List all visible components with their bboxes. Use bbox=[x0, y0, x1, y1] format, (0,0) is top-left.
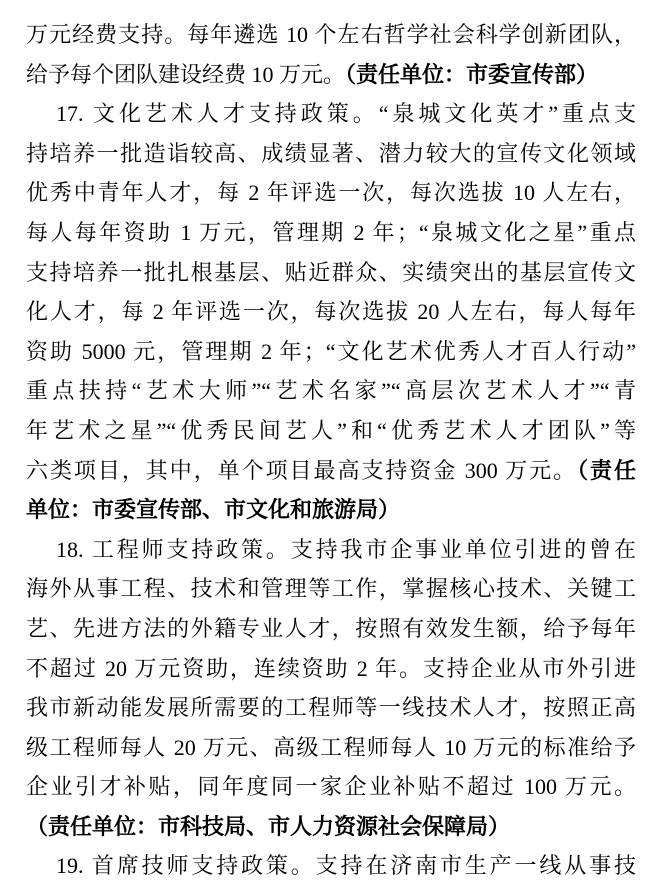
text-segment: 18. 工程师支持政策。支持我市企事业单位引进的曾在 bbox=[56, 537, 636, 562]
text-segment: 不超过 20 万元资助，连续资助 2 年。支持企业从市外引进 bbox=[26, 656, 636, 681]
text-segment: 优秀中青年人才，每 2 年评选一次，每次选拔 10 人左右， bbox=[26, 180, 636, 205]
text-segment: 17. 文化艺术人才支持政策。“泉城文化英才”重点支 bbox=[56, 101, 636, 126]
text-line: 17. 文化艺术人才支持政策。“泉城文化英才”重点支 bbox=[26, 94, 636, 134]
text-segment: 海外从事工程、技术和管理等工作，掌握核心技术、关键工 bbox=[26, 576, 636, 601]
text-segment: 持培养一批造诣较高、成绩显著、潜力较大的宣传文化领域 bbox=[26, 141, 636, 166]
text-segment: 19. 首席技师支持政策。支持在济南市生产一线从事技 bbox=[56, 853, 636, 878]
text-line: 持培养一批造诣较高、成绩显著、潜力较大的宣传文化领域 bbox=[26, 134, 636, 174]
text-line: 艺、先进方法的外籍专业人才，按照有效发生额，给予每年 bbox=[26, 609, 636, 649]
text-segment: 艺、先进方法的外籍专业人才，按照有效发生额，给予每年 bbox=[26, 616, 636, 641]
text-segment: 我市新动能发展所需要的工程师等一线技术人才，按照正高 bbox=[26, 695, 636, 720]
text-line: 六类项目，其中，单个项目最高支持资金 300 万元。（责任 bbox=[26, 451, 636, 491]
responsible-unit-text: （责任 bbox=[577, 458, 636, 483]
text-segment: 支持培养一批扎根基层、贴近群众、实绩突出的基层宣传文 bbox=[26, 260, 636, 285]
text-segment: 每人每年资助 1 万元，管理期 2 年；“泉城文化之星”重点 bbox=[26, 220, 636, 245]
text-segment: 年艺术之星”“优秀民间艺人”和“优秀艺术人才团队”等 bbox=[26, 418, 636, 443]
text-line: 重点扶持“艺术大师”“艺术名家”“高层次艺术人才”“青 bbox=[26, 371, 636, 411]
text-line: 海外从事工程、技术和管理等工作，掌握核心技术、关键工 bbox=[26, 569, 636, 609]
text-segment: 给予每个团队建设经费 10 万元。 bbox=[26, 62, 345, 87]
document-page: 万元经费支持。每年遴选 10 个左右哲学社会科学创新团队，给予每个团队建设经费 … bbox=[0, 0, 649, 894]
text-line: 每人每年资助 1 万元，管理期 2 年；“泉城文化之星”重点 bbox=[26, 213, 636, 253]
text-line: 单位：市委宣传部、市文化和旅游局） bbox=[26, 490, 636, 530]
text-line: 化人才，每 2 年评选一次，每次选拔 20 人左右，每人每年 bbox=[26, 292, 636, 332]
text-segment: 资助 5000 元，管理期 2 年；“文化艺术优秀人才百人行动” bbox=[26, 339, 636, 364]
text-segment: 六类项目，其中，单个项目最高支持资金 300 万元。 bbox=[26, 458, 577, 483]
text-line: 资助 5000 元，管理期 2 年；“文化艺术优秀人才百人行动” bbox=[26, 332, 636, 372]
text-line: 18. 工程师支持政策。支持我市企事业单位引进的曾在 bbox=[26, 530, 636, 570]
text-line: 年艺术之星”“优秀民间艺人”和“优秀艺术人才团队”等 bbox=[26, 411, 636, 451]
text-segment: 万元经费支持。每年遴选 10 个左右哲学社会科学创新团队， bbox=[26, 22, 636, 47]
text-segment: 化人才，每 2 年评选一次，每次选拔 20 人左右，每人每年 bbox=[26, 299, 636, 324]
policy-text-block: 万元经费支持。每年遴选 10 个左右哲学社会科学创新团队，给予每个团队建设经费 … bbox=[26, 15, 636, 886]
text-line: 19. 首席技师支持政策。支持在济南市生产一线从事技 bbox=[26, 846, 636, 886]
text-segment: 企业引才补贴，同年度同一家企业补贴不超过 100 万元。 bbox=[26, 774, 636, 799]
text-line: 我市新动能发展所需要的工程师等一线技术人才，按照正高 bbox=[26, 688, 636, 728]
responsible-unit-text: （责任单位：市科技局、市人力资源社会保障局） bbox=[26, 814, 510, 839]
text-line: （责任单位：市科技局、市人力资源社会保障局） bbox=[26, 807, 636, 847]
text-line: 级工程师每人 20 万元、高级工程师每人 10 万元的标准给予 bbox=[26, 728, 636, 768]
text-line: 不超过 20 万元资助，连续资助 2 年。支持企业从市外引进 bbox=[26, 649, 636, 689]
text-line: 支持培养一批扎根基层、贴近群众、实绩突出的基层宣传文 bbox=[26, 253, 636, 293]
text-segment: 级工程师每人 20 万元、高级工程师每人 10 万元的标准给予 bbox=[26, 735, 636, 760]
text-line: 给予每个团队建设经费 10 万元。（责任单位：市委宣传部） bbox=[26, 55, 636, 95]
responsible-unit-text: 单位：市委宣传部、市文化和旅游局） bbox=[26, 497, 400, 522]
text-line: 企业引才补贴，同年度同一家企业补贴不超过 100 万元。 bbox=[26, 767, 636, 807]
responsible-unit-text: （责任单位：市委宣传部） bbox=[345, 62, 598, 87]
text-segment: 重点扶持“艺术大师”“艺术名家”“高层次艺术人才”“青 bbox=[26, 378, 636, 403]
text-line: 万元经费支持。每年遴选 10 个左右哲学社会科学创新团队， bbox=[26, 15, 636, 55]
text-line: 优秀中青年人才，每 2 年评选一次，每次选拔 10 人左右， bbox=[26, 173, 636, 213]
